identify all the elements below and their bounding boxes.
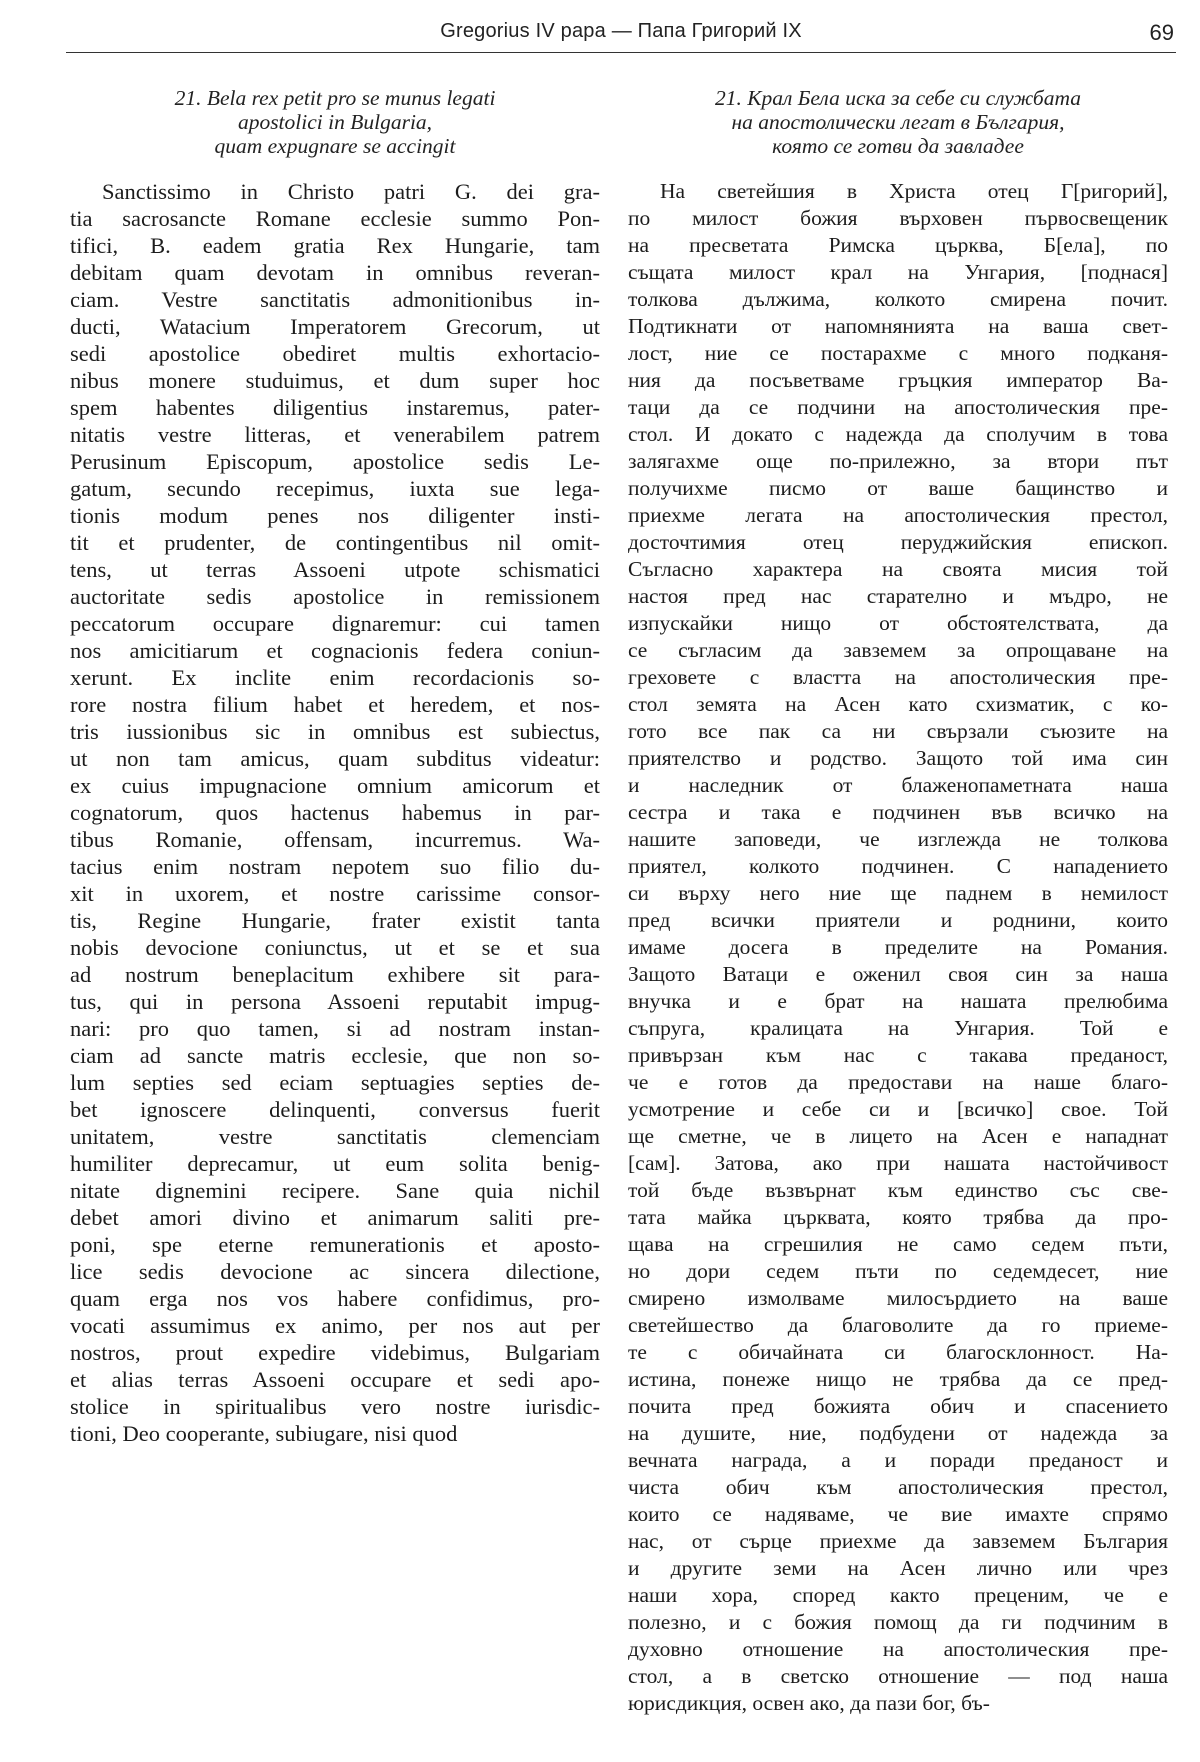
text-line: rore nostra filium habet et heredem, et …: [70, 691, 600, 718]
text-line: и наследник от блаженопаметната наша: [628, 772, 1168, 799]
text-line: tioni, Deo cooperante, subiugare, nisi q…: [70, 1420, 600, 1447]
text-line: [сам]. Затова, ако при нашата настойчиво…: [628, 1150, 1168, 1177]
text-line: spem habentes diligentius instaremus, pa…: [70, 394, 600, 421]
text-line: peccatorum occupare dignaremur: cui tame…: [70, 610, 600, 637]
text-line: тата майка църквата, която трябва да про…: [628, 1204, 1168, 1231]
text-line: на душите, ние, подбудени от надежда за: [628, 1420, 1168, 1447]
text-line: quam erga nos vos habere confidimus, pro…: [70, 1285, 600, 1312]
text-line: ния да посъветваме гръцкия император Ва-: [628, 367, 1168, 394]
text-line: humiliter deprecamur, ut eum solita beni…: [70, 1150, 600, 1177]
text-line: греховете с властта на апостолическия пр…: [628, 664, 1168, 691]
text-line: приятелство и родство. Защото той има си…: [628, 745, 1168, 772]
text-line: но дори седем пъти по седемдесет, ние: [628, 1258, 1168, 1285]
text-line: си върху него ние ще паднем в немилост: [628, 880, 1168, 907]
text-line: ad nostrum beneplacitum exhibere sit par…: [70, 961, 600, 988]
heading-line: 21. Крал Бела иска за себе си службата: [628, 86, 1168, 110]
heading-line: apostolici in Bulgaria,: [70, 110, 600, 134]
text-line: залягахме още по-прилежно, за втори път: [628, 448, 1168, 475]
text-line: unitatem, vestre sanctitatis clemenciam: [70, 1123, 600, 1150]
text-line: lice sedis devocione ac sincera dilectio…: [70, 1258, 600, 1285]
latin-body-text: Sanctissimo in Christo patri G. dei gra-…: [70, 178, 600, 1447]
heading-line: quam expugnare se accingit: [70, 134, 600, 158]
text-line: gatum, secundo recepimus, iuxta sue lega…: [70, 475, 600, 502]
text-line: и другите земи на Асен лично или чрез: [628, 1555, 1168, 1582]
text-line: нас, от сърце приехме да завземем Българ…: [628, 1528, 1168, 1555]
text-line: щава на сгрешилия не само седем пъти,: [628, 1231, 1168, 1258]
text-line: nitate dignemini recipere. Sane quia nic…: [70, 1177, 600, 1204]
bulgarian-column: 21. Крал Бела иска за себе си службатана…: [628, 86, 1168, 1717]
heading-line: 21. Bela rex petit pro se munus legati: [70, 86, 600, 110]
text-line: стол земята на Асен като схизматик, с ко…: [628, 691, 1168, 718]
text-line: получихме писмо от ваше бащинство и: [628, 475, 1168, 502]
text-line: bet ignoscere delinquenti, conversus fue…: [70, 1096, 600, 1123]
text-line: те с обичайната си благосклонност. На-: [628, 1339, 1168, 1366]
text-line: полезно, и с божия помощ да ги подчиним …: [628, 1609, 1168, 1636]
text-line: същата милост крал на Унгария, [поднася]: [628, 259, 1168, 286]
text-line: приехме легата на апостолическия престол…: [628, 502, 1168, 529]
text-line: усмотрение и себе си и [всичко] свое. То…: [628, 1096, 1168, 1123]
text-line: съпруга, кралицата на Унгария. Той е: [628, 1015, 1168, 1042]
bulgarian-body-text: На светейшия в Христа отец Г[ригорий],по…: [628, 178, 1168, 1717]
text-line: настоя пред нас старателно и мъдро, не: [628, 583, 1168, 610]
text-line: смирено измолваме милосърдието на ваше: [628, 1285, 1168, 1312]
latin-section-heading: 21. Bela rex petit pro se munus legatiap…: [70, 86, 600, 158]
text-line: внучка и е брат на нашата прелюбима: [628, 988, 1168, 1015]
text-line: по милост божия върховен първосвещеник: [628, 205, 1168, 232]
latin-column: 21. Bela rex petit pro se munus legatiap…: [70, 86, 600, 1447]
text-line: sedi apostolice obediret multis exhortac…: [70, 340, 600, 367]
text-line: вечната награда, а и поради преданост и: [628, 1447, 1168, 1474]
text-line: cognatorum, quos hactenus habemus in par…: [70, 799, 600, 826]
text-line: наши хора, според както преценим, че е: [628, 1582, 1168, 1609]
text-line: nostros, prout expedire videbimus, Bulga…: [70, 1339, 600, 1366]
text-line: светейшество да благоволите да го приеме…: [628, 1312, 1168, 1339]
text-line: които се надяваме, че вие имахте спрямо: [628, 1501, 1168, 1528]
text-line: tifici, B. eadem gratia Rex Hungarie, ta…: [70, 232, 600, 259]
text-line: tit et prudenter, de contingentibus nil …: [70, 529, 600, 556]
text-line: tens, ut terras Assoeni utpote schismati…: [70, 556, 600, 583]
text-line: ciam ad sancte matris ecclesie, que non …: [70, 1042, 600, 1069]
text-line: Защото Ватаци е оженил своя син за наша: [628, 961, 1168, 988]
text-line: vocati assumimus ex animo, per nos aut p…: [70, 1312, 600, 1339]
text-line: debet amori divino et animarum saliti pr…: [70, 1204, 600, 1231]
text-line: той бъде възвърнат към единство със све-: [628, 1177, 1168, 1204]
text-line: лост, ние се постарахме с много подканя-: [628, 340, 1168, 367]
text-line: nos amicitiarum et cognacionis federa co…: [70, 637, 600, 664]
text-line: Съгласно характера на своята мисия той: [628, 556, 1168, 583]
text-line: досточтимия отец перуджийския епископ.: [628, 529, 1168, 556]
text-line: debitam quam devotam in omnibus reveran-: [70, 259, 600, 286]
text-line: че е готов да предостави на наше благо-: [628, 1069, 1168, 1096]
text-line: Подтикнати от напомнянията на ваша свет-: [628, 313, 1168, 340]
text-line: tis, Regine Hungarie, frater existit tan…: [70, 907, 600, 934]
text-line: стол, а в светско отношение — под наша: [628, 1663, 1168, 1690]
text-line: ex cuius impugnacione omnium amicorum et: [70, 772, 600, 799]
text-line: чиста обич към апостолическия престол,: [628, 1474, 1168, 1501]
running-head: Gregorius IV papa — Папа Григорий IX 69: [66, 18, 1176, 53]
text-line: tibus Romanie, offensam, incurremus. Wa-: [70, 826, 600, 853]
text-line: nari: pro quo tamen, si ad nostram insta…: [70, 1015, 600, 1042]
text-line: стол. И докато с надежда да сполучим в т…: [628, 421, 1168, 448]
text-line: имаме досега в пределите на Романия.: [628, 934, 1168, 961]
text-line: таци да се подчини на апостолическия пре…: [628, 394, 1168, 421]
text-line: пред всички приятели и роднини, които: [628, 907, 1168, 934]
text-line: tus, qui in persona Assoeni reputabit im…: [70, 988, 600, 1015]
text-line: ciam. Vestre sanctitatis admonitionibus …: [70, 286, 600, 313]
text-line: et alias terras Assoeni occupare et sedi…: [70, 1366, 600, 1393]
text-line: Sanctissimo in Christo patri G. dei gra-: [70, 178, 600, 205]
text-line: истина, понеже нищо не трябва да се пред…: [628, 1366, 1168, 1393]
running-head-title: Gregorius IV papa — Папа Григорий IX: [66, 20, 1176, 43]
text-line: ut non tam amicus, quam subditus videatu…: [70, 745, 600, 772]
bulgarian-section-heading: 21. Крал Бела иска за себе си службатана…: [628, 86, 1168, 158]
text-line: приятел, колкото подчинен. С нападението: [628, 853, 1168, 880]
heading-line: на апостолически легат в България,: [628, 110, 1168, 134]
text-line: tacius enim nostram nepotem suo filio du…: [70, 853, 600, 880]
page-number: 69: [1150, 20, 1174, 46]
text-line: ducti, Watacium Imperatorem Grecorum, ut: [70, 313, 600, 340]
text-line: На светейшия в Христа отец Г[ригорий],: [628, 178, 1168, 205]
text-line: Perusinum Episcopum, apostolice sedis Le…: [70, 448, 600, 475]
text-line: сестра и така е подчинен във всичко на: [628, 799, 1168, 826]
text-line: stolice in spiritualibus vero nostre iur…: [70, 1393, 600, 1420]
text-line: духовно отношение на апостолическия пре-: [628, 1636, 1168, 1663]
text-line: poni, spe eterne remunerationis et apost…: [70, 1231, 600, 1258]
text-line: xerunt. Ex inclite enim recordacionis so…: [70, 664, 600, 691]
text-line: юрисдикция, освен ако, да пази бог, бъ-: [628, 1690, 1168, 1717]
text-line: почита пред божията обич и спасението: [628, 1393, 1168, 1420]
text-line: толкова дължима, колкото смирена почит.: [628, 286, 1168, 313]
text-line: lum septies sed eciam septuagies septies…: [70, 1069, 600, 1096]
heading-line: която се готви да завладее: [628, 134, 1168, 158]
text-line: auctoritate sedis apostolice in remissio…: [70, 583, 600, 610]
text-line: nibus monere studuimus, et dum super hoc: [70, 367, 600, 394]
text-line: изпускайки нищо от обстоятелствата, да: [628, 610, 1168, 637]
text-line: tia sacrosancte Romane ecclesie summo Po…: [70, 205, 600, 232]
text-line: се съгласим да завземем за опрощаване на: [628, 637, 1168, 664]
text-line: привързан към нас с такава преданост,: [628, 1042, 1168, 1069]
text-line: nitatis vestre litteras, et venerabilem …: [70, 421, 600, 448]
text-line: nobis devocione coniunctus, ut et se et …: [70, 934, 600, 961]
text-line: нашите заповеди, че изглежда не толкова: [628, 826, 1168, 853]
text-line: xit in uxorem, et nostre carissime conso…: [70, 880, 600, 907]
text-line: tris iussionibus sic in omnibus est subi…: [70, 718, 600, 745]
text-line: ще сметне, че в лицето на Асен е нападна…: [628, 1123, 1168, 1150]
text-line: гото все пак са ни свързали съюзите на: [628, 718, 1168, 745]
text-line: tionis modum penes nos diligenter insti-: [70, 502, 600, 529]
text-line: на пресветата Римска църква, Б[ела], по: [628, 232, 1168, 259]
